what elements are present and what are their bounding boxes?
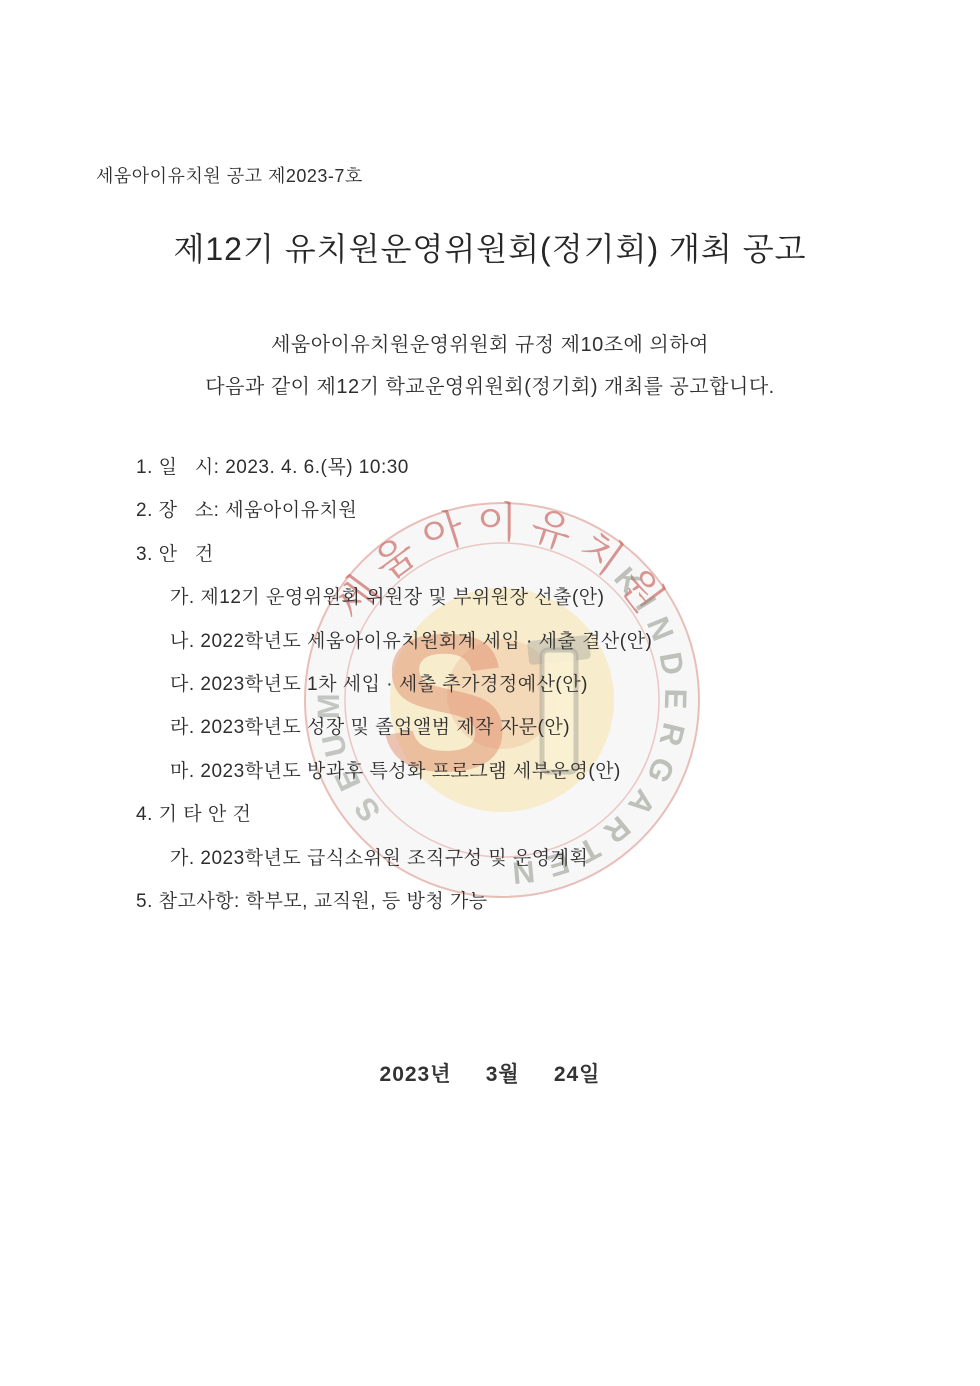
document-date: 2023년 3월 24일 [0, 1058, 980, 1088]
document-reference-number: 세움아이유치원 공고 제2023-7호 [96, 162, 363, 188]
document-page: { "document": { "ref_no": "세움아이유치원 공고 제2… [0, 0, 980, 1386]
agenda-item-datetime: 1. 일 시: 2023. 4. 6.(목) 10:30 [136, 452, 652, 495]
agenda-subitem: 가. 2023학년도 급식소위원 조직구성 및 운영계획 [136, 843, 652, 886]
agenda-subitem: 마. 2023학년도 방과후 특성화 프로그램 세부운영(안) [136, 756, 652, 799]
agenda-subitem: 가. 제12기 운영위원회 위원장 및 부위원장 선출(안) [136, 582, 652, 625]
agenda-item-location: 2. 장 소: 세움아이유치원 [136, 495, 652, 538]
agenda-item-note: 5. 참고사항: 학부모, 교직원, 등 방청 가능 [136, 886, 652, 929]
intro-line: 세움아이유치원운영위원회 규정 제10조에 의하여 [0, 328, 980, 370]
agenda-item-other: 4. 기 타 안 건 [136, 799, 652, 842]
announcement-document: 세움아이유치원 공고 제2023-7호 제12기 유치원운영위원회(정기회) 개… [0, 0, 980, 1386]
agenda-subitem: 나. 2022학년도 세움아이유치원회계 세입 · 세출 결산(안) [136, 626, 652, 669]
agenda-subitem: 라. 2023학년도 성장 및 졸업앨범 제작 자문(안) [136, 712, 652, 755]
intro-paragraph: 세움아이유치원운영위원회 규정 제10조에 의하여 다음과 같이 제12기 학교… [0, 328, 980, 412]
agenda-item-topics: 3. 안 건 [136, 539, 652, 582]
agenda-subitem: 다. 2023학년도 1차 세입 · 세출 추가경정예산(안) [136, 669, 652, 712]
page-title: 제12기 유치원운영위원회(정기회) 개최 공고 [0, 224, 980, 270]
agenda-list: 1. 일 시: 2023. 4. 6.(목) 10:30 2. 장 소: 세움아… [136, 452, 652, 929]
intro-line: 다음과 같이 제12기 학교운영위원회(정기회) 개최를 공고합니다. [0, 370, 980, 412]
